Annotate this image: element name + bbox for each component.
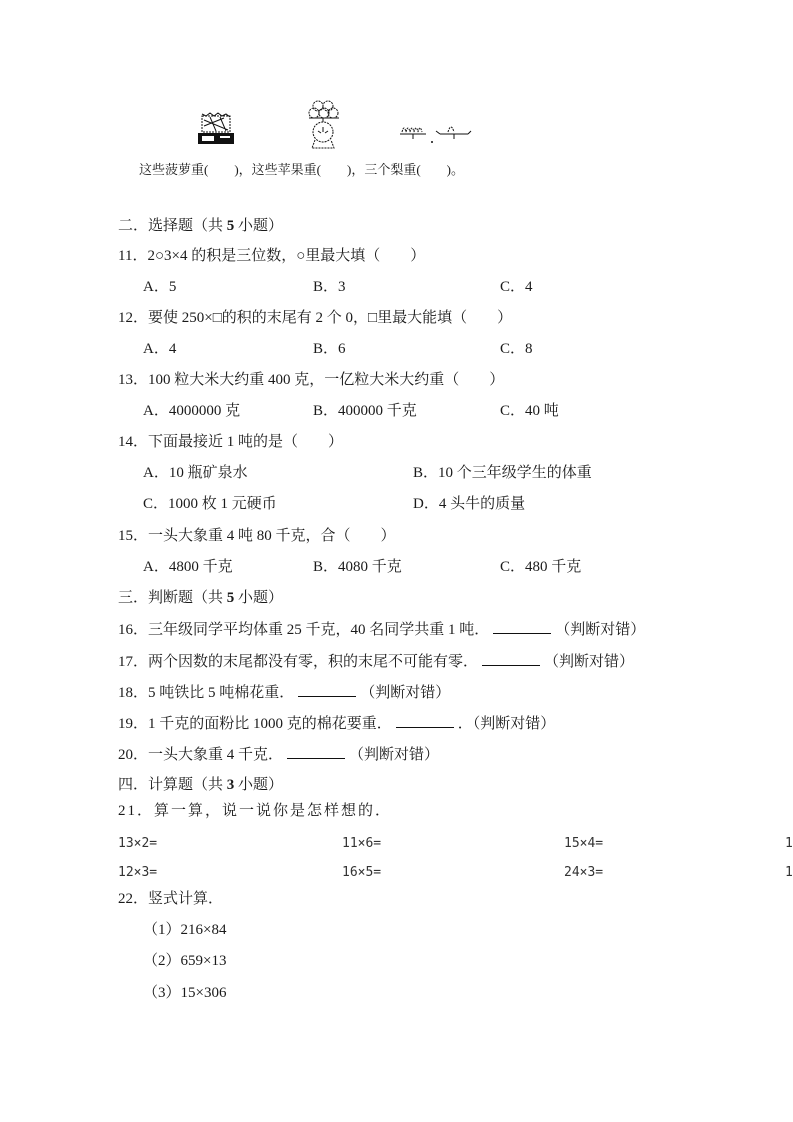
question-text: 两个因数的末尾都没有零，积的末尾不可能有零． bbox=[148, 654, 478, 670]
question-21: 21．算一算，说一说你是怎样想的． bbox=[118, 801, 392, 821]
answer-blank-16[interactable] bbox=[493, 619, 551, 634]
heading-text: 小题） bbox=[234, 777, 283, 793]
option-14-c[interactable]: C．1000 枚 1 元硬币 bbox=[143, 494, 277, 514]
calc-21-3: 15×4= bbox=[564, 834, 603, 854]
question-number: 14． bbox=[118, 434, 148, 450]
heading-text: 四．计算题（共 bbox=[118, 777, 227, 793]
heading-text: 小题） bbox=[234, 218, 283, 234]
trailing-period: ． bbox=[458, 716, 473, 732]
section-heading-calc: 四．计算题（共 3 小题） bbox=[118, 775, 283, 795]
pear-balance-icon bbox=[396, 120, 472, 146]
option-11-c[interactable]: C．4 bbox=[500, 277, 533, 297]
question-number: 18． bbox=[118, 685, 148, 701]
heading-text: 二．选择题（共 bbox=[118, 218, 227, 234]
question-number: 16． bbox=[118, 622, 148, 638]
answer-blank-17[interactable] bbox=[482, 651, 540, 666]
option-14-b[interactable]: B．10 个三年级学生的体重 bbox=[413, 463, 592, 483]
option-12-a[interactable]: A．4 bbox=[143, 339, 176, 359]
calc-21-5: 12×3= bbox=[118, 863, 157, 883]
calc-22-1: （1）216×84 bbox=[143, 920, 226, 940]
question-text: 一头大象重 4 吨 80 千克，合（ ） bbox=[148, 528, 396, 544]
question-text: 一头大象重 4 千克． bbox=[148, 747, 283, 763]
option-12-c[interactable]: C．8 bbox=[500, 339, 533, 359]
question-17: 17．两个因数的末尾都没有零，积的末尾不可能有零．（判断对错） bbox=[118, 651, 634, 672]
question-13: 13．100 粒大米大约重 400 克，一亿粒大米大约重（ ） bbox=[118, 370, 504, 390]
answer-blank-20[interactable] bbox=[287, 744, 345, 759]
question-11: 11．2○3×4 的积是三位数，○里最大填（ ） bbox=[118, 246, 425, 266]
section-heading-choice: 二．选择题（共 5 小题） bbox=[118, 216, 283, 236]
question-number: 12． bbox=[118, 310, 148, 326]
fruit-weight-question: 这些菠萝重( )，这些苹果重( )，三个梨重( )。 bbox=[139, 160, 464, 180]
question-16: 16．三年级同学平均体重 25 千克，40 名同学共重 1 吨．（判断对错） bbox=[118, 619, 645, 640]
option-14-a[interactable]: A．10 瓶矿泉水 bbox=[143, 463, 248, 483]
calc-22-2: （2）659×13 bbox=[143, 951, 226, 971]
option-15-b[interactable]: B．4080 千克 bbox=[313, 557, 402, 577]
question-number: 15． bbox=[118, 528, 148, 544]
option-13-c[interactable]: C．40 吨 bbox=[500, 401, 559, 421]
option-15-a[interactable]: A．4800 千克 bbox=[143, 557, 233, 577]
option-15-c[interactable]: C．480 千克 bbox=[500, 557, 581, 577]
judge-label: （判断对错） bbox=[544, 654, 634, 670]
question-text: 要使 250×□的积的末尾有 2 个 0，□里最大能填（ ） bbox=[148, 310, 512, 326]
option-11-b[interactable]: B．3 bbox=[313, 277, 346, 297]
question-12: 12．要使 250×□的积的末尾有 2 个 0，□里最大能填（ ） bbox=[118, 308, 512, 328]
judge-label: （判断对错） bbox=[473, 716, 556, 732]
judge-label: （判断对错） bbox=[349, 747, 439, 763]
option-14-d[interactable]: D．4 头牛的质量 bbox=[413, 494, 525, 514]
question-text: 100 粒大米大约重 400 克，一亿粒大米大约重（ ） bbox=[148, 372, 504, 388]
option-13-b[interactable]: B．400000 千克 bbox=[313, 401, 417, 421]
calc-21-2: 11×6= bbox=[342, 834, 381, 854]
question-text: 2○3×4 的积是三位数，○里最大填（ ） bbox=[147, 248, 425, 264]
question-14: 14．下面最接近 1 吨的是（ ） bbox=[118, 432, 343, 452]
question-22: 22．竖式计算． bbox=[118, 889, 223, 909]
question-19: 19．1 千克的面粉比 1000 克的棉花要重．．（判断对错） bbox=[118, 713, 555, 734]
heading-text: 小题） bbox=[234, 590, 283, 606]
calc-21-6: 16×5= bbox=[342, 863, 381, 883]
answer-blank-19[interactable] bbox=[396, 713, 454, 728]
option-13-a[interactable]: A．4000000 克 bbox=[143, 401, 240, 421]
question-20: 20．一头大象重 4 千克．（判断对错） bbox=[118, 744, 439, 765]
option-12-b[interactable]: B．6 bbox=[313, 339, 346, 359]
calc-22-3: （3）15×306 bbox=[143, 983, 226, 1003]
section-heading-judge: 三．判断题（共 5 小题） bbox=[118, 588, 283, 608]
option-11-a[interactable]: A．5 bbox=[143, 277, 176, 297]
judge-label: （判断对错） bbox=[360, 685, 450, 701]
question-text: 下面最接近 1 吨的是（ ） bbox=[148, 434, 343, 450]
calc-21-8: 1 bbox=[785, 863, 793, 883]
question-number: 21． bbox=[118, 803, 154, 819]
judge-label: （判断对错） bbox=[555, 622, 645, 638]
question-number: 13． bbox=[118, 372, 148, 388]
question-number: 11． bbox=[118, 248, 147, 264]
calc-21-1: 13×2= bbox=[118, 834, 157, 854]
question-number: 19． bbox=[118, 716, 148, 732]
apple-dial-scale-icon bbox=[306, 98, 342, 150]
question-text: 三年级同学平均体重 25 千克，40 名同学共重 1 吨． bbox=[148, 622, 489, 638]
calc-21-4: 1 bbox=[785, 834, 793, 854]
question-number: 22． bbox=[118, 891, 148, 907]
question-text: 算一算，说一说你是怎样想的． bbox=[154, 803, 392, 819]
question-number: 20． bbox=[118, 747, 148, 763]
question-15: 15．一头大象重 4 吨 80 千克，合（ ） bbox=[118, 526, 396, 546]
calc-21-7: 24×3= bbox=[564, 863, 603, 883]
question-number: 17． bbox=[118, 654, 148, 670]
question-18: 18．5 吨铁比 5 吨棉花重．（判断对错） bbox=[118, 682, 450, 703]
question-text: 竖式计算． bbox=[148, 891, 223, 907]
question-text: 1 千克的面粉比 1000 克的棉花要重． bbox=[148, 716, 392, 732]
pineapple-scale-icon bbox=[196, 112, 236, 146]
heading-text: 三．判断题（共 bbox=[118, 590, 227, 606]
question-text: 5 吨铁比 5 吨棉花重． bbox=[148, 685, 294, 701]
answer-blank-18[interactable] bbox=[298, 682, 356, 697]
